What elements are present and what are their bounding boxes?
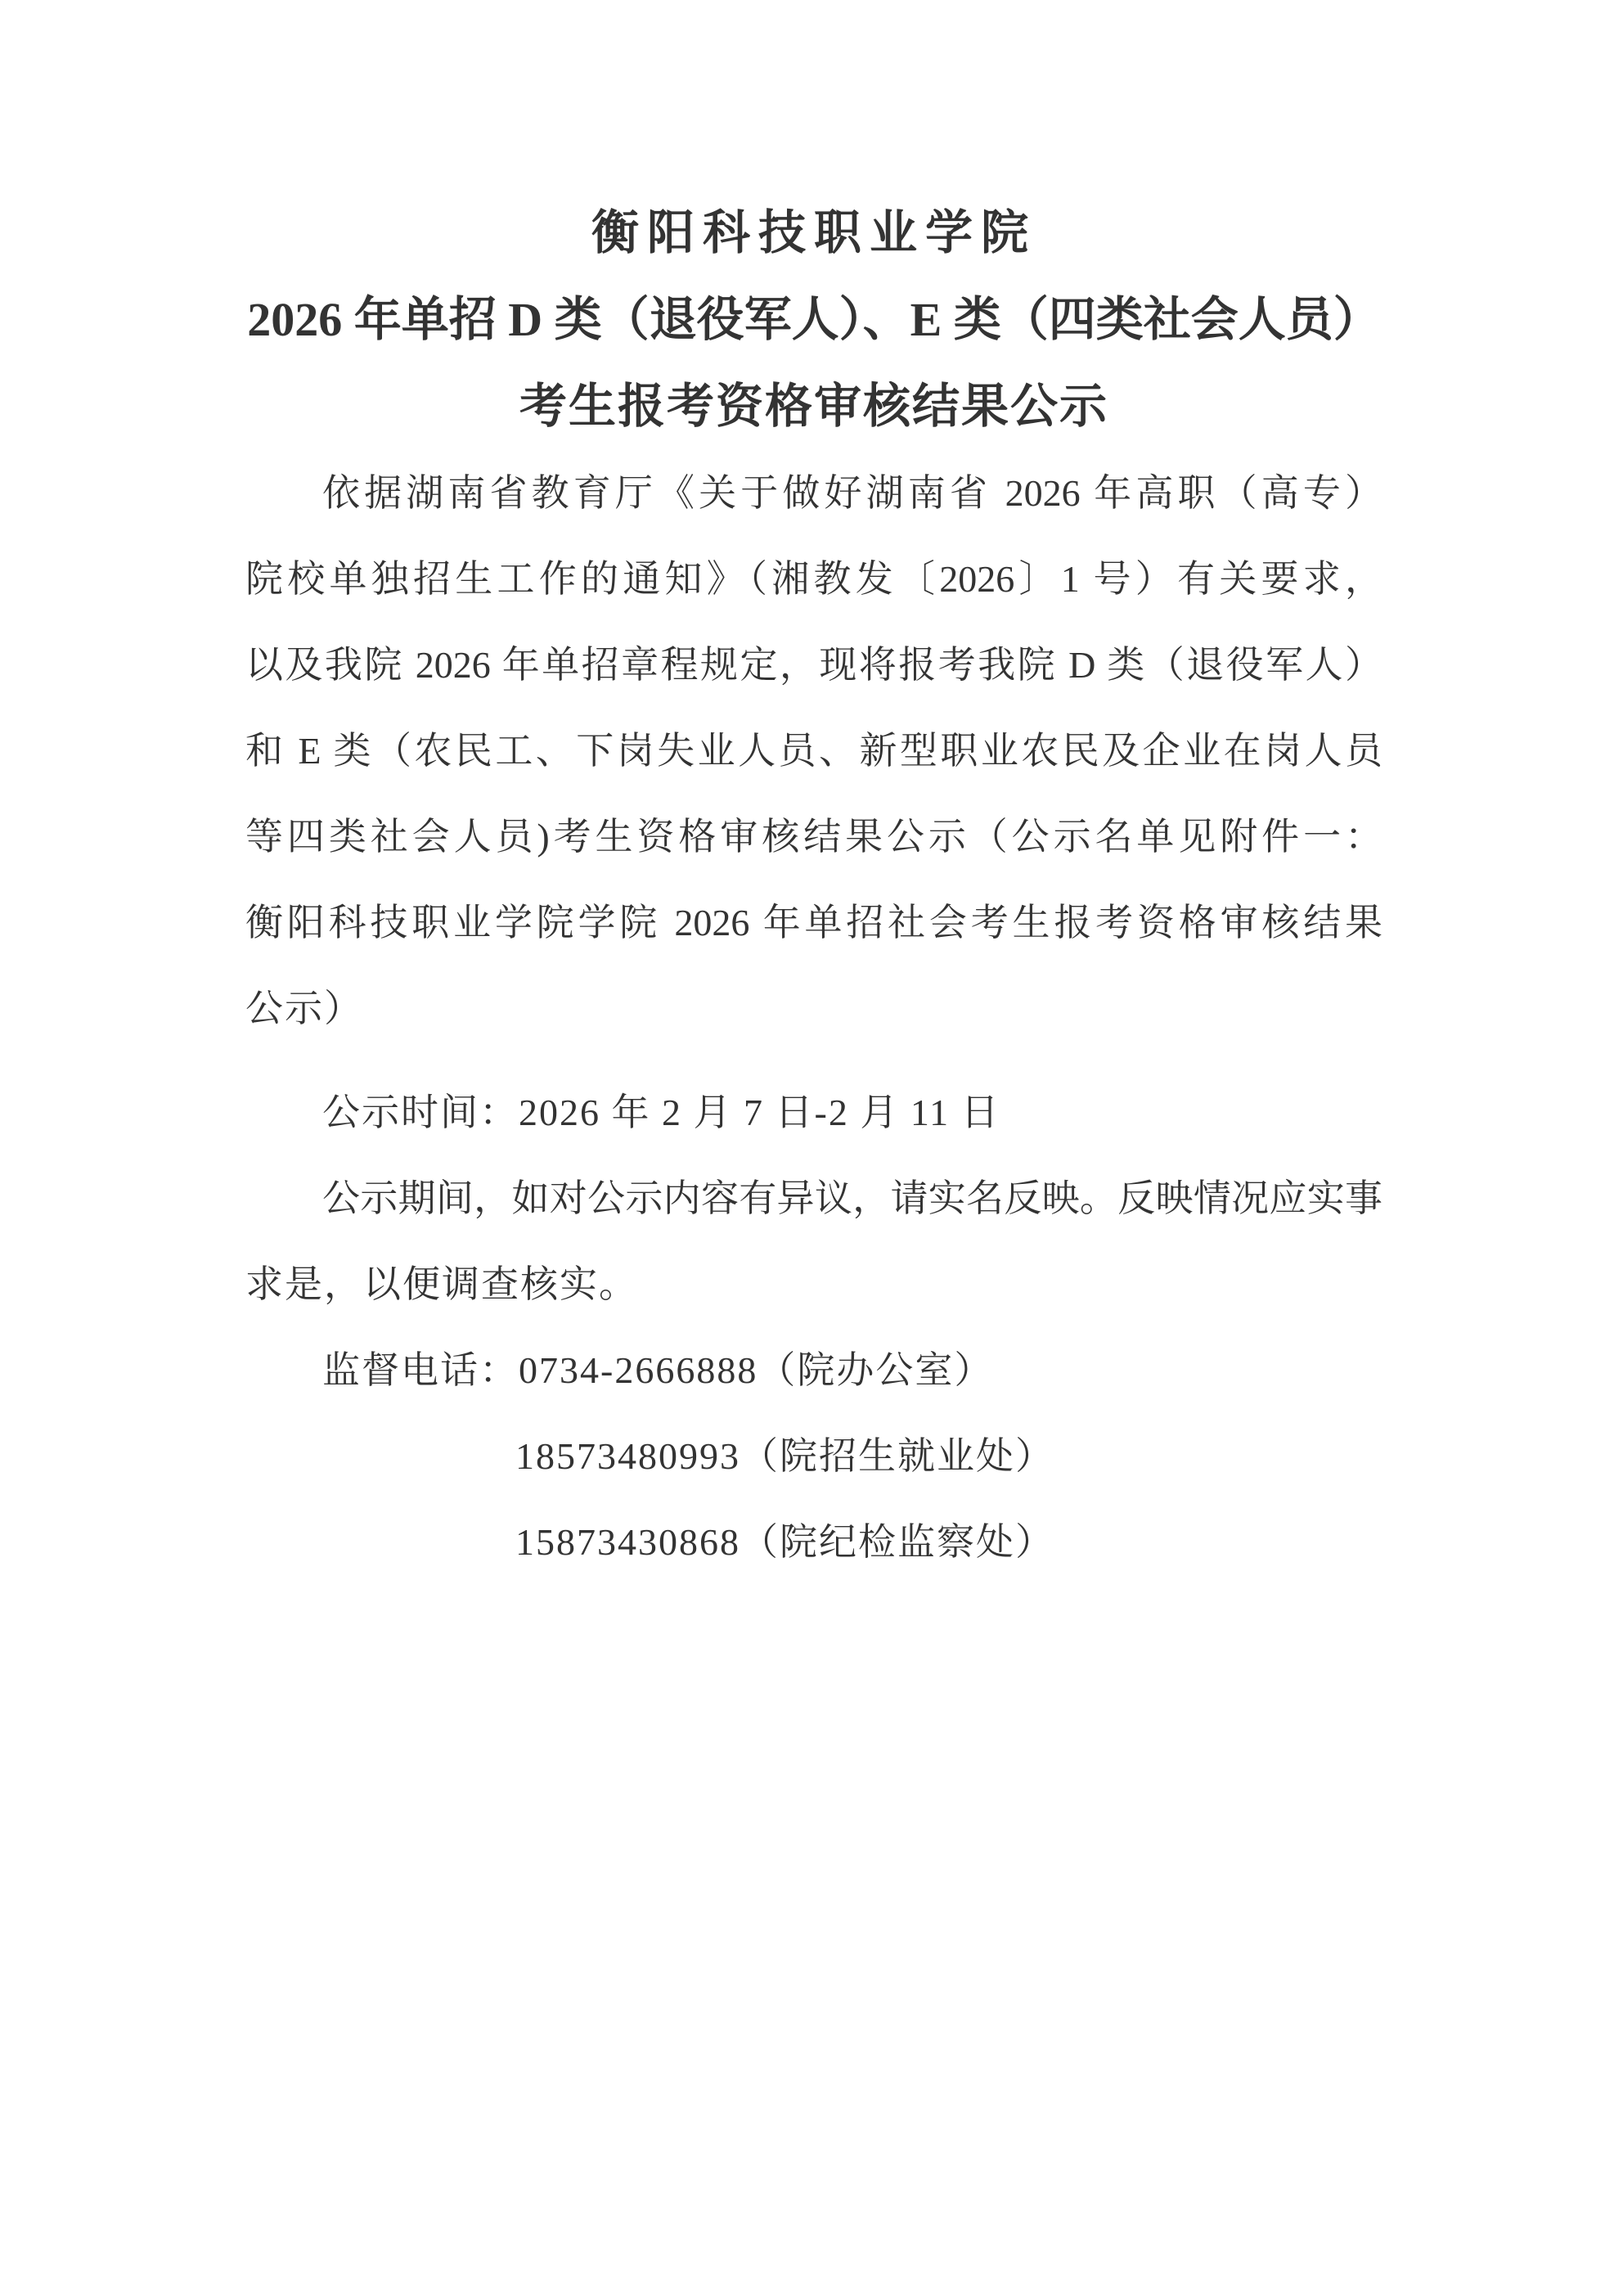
doc-title-line-1: 衡阳科技职业学院 — [245, 190, 1382, 277]
doc-title-line-3: 考生报考资格审核结果公示 — [245, 363, 1382, 450]
publicity-period-line: 公示时间：2026 年 2 月 7 日-2 月 11 日 — [245, 1069, 1382, 1155]
paragraph-line-4: 和 E 类（农民工、下岗失业人员、新型职业农民及企业在岗人员 — [245, 708, 1382, 794]
supervision-phone-line-2: 18573480993（院招生就业处） — [245, 1413, 1382, 1499]
paragraph-line-6: 衡阳科技职业学院学院 2026 年单招社会考生报考资格审核结果 — [245, 880, 1382, 966]
objection-line-2: 求是，以便调查核实。 — [245, 1241, 1382, 1327]
doc-title-line-2: 2026 年单招 D 类（退役军人）、E 类（四类社会人员） — [245, 277, 1382, 363]
objection-line-1: 公示期间，如对公示内容有异议，请实名反映。反映情况应实事 — [245, 1155, 1382, 1241]
paragraph-line-3: 以及我院 2026 年单招章程规定，现将报考我院 D 类（退役军人） — [245, 622, 1382, 708]
document-content: 衡阳科技职业学院 2026 年单招 D 类（退役军人）、E 类（四类社会人员） … — [245, 190, 1382, 1585]
supervision-phone-line-1: 监督电话：0734-2666888（院办公室） — [245, 1327, 1382, 1413]
paragraph-line-5: 等四类社会人员)考生资格审核结果公示（公示名单见附件一： — [245, 794, 1382, 880]
document-page: 衡阳科技职业学院 2026 年单招 D 类（退役军人）、E 类（四类社会人员） … — [0, 0, 1623, 2296]
paragraph-line-7: 公示） — [245, 966, 1382, 1051]
paragraph-line-1: 依据湖南省教育厅《关于做好湖南省 2026 年高职（高专） — [245, 450, 1382, 536]
paragraph-line-2: 院校单独招生工作的通知》（湘教发〔2026〕1 号）有关要求， — [245, 536, 1382, 622]
supervision-phone-line-3: 15873430868（院纪检监察处） — [245, 1499, 1382, 1585]
